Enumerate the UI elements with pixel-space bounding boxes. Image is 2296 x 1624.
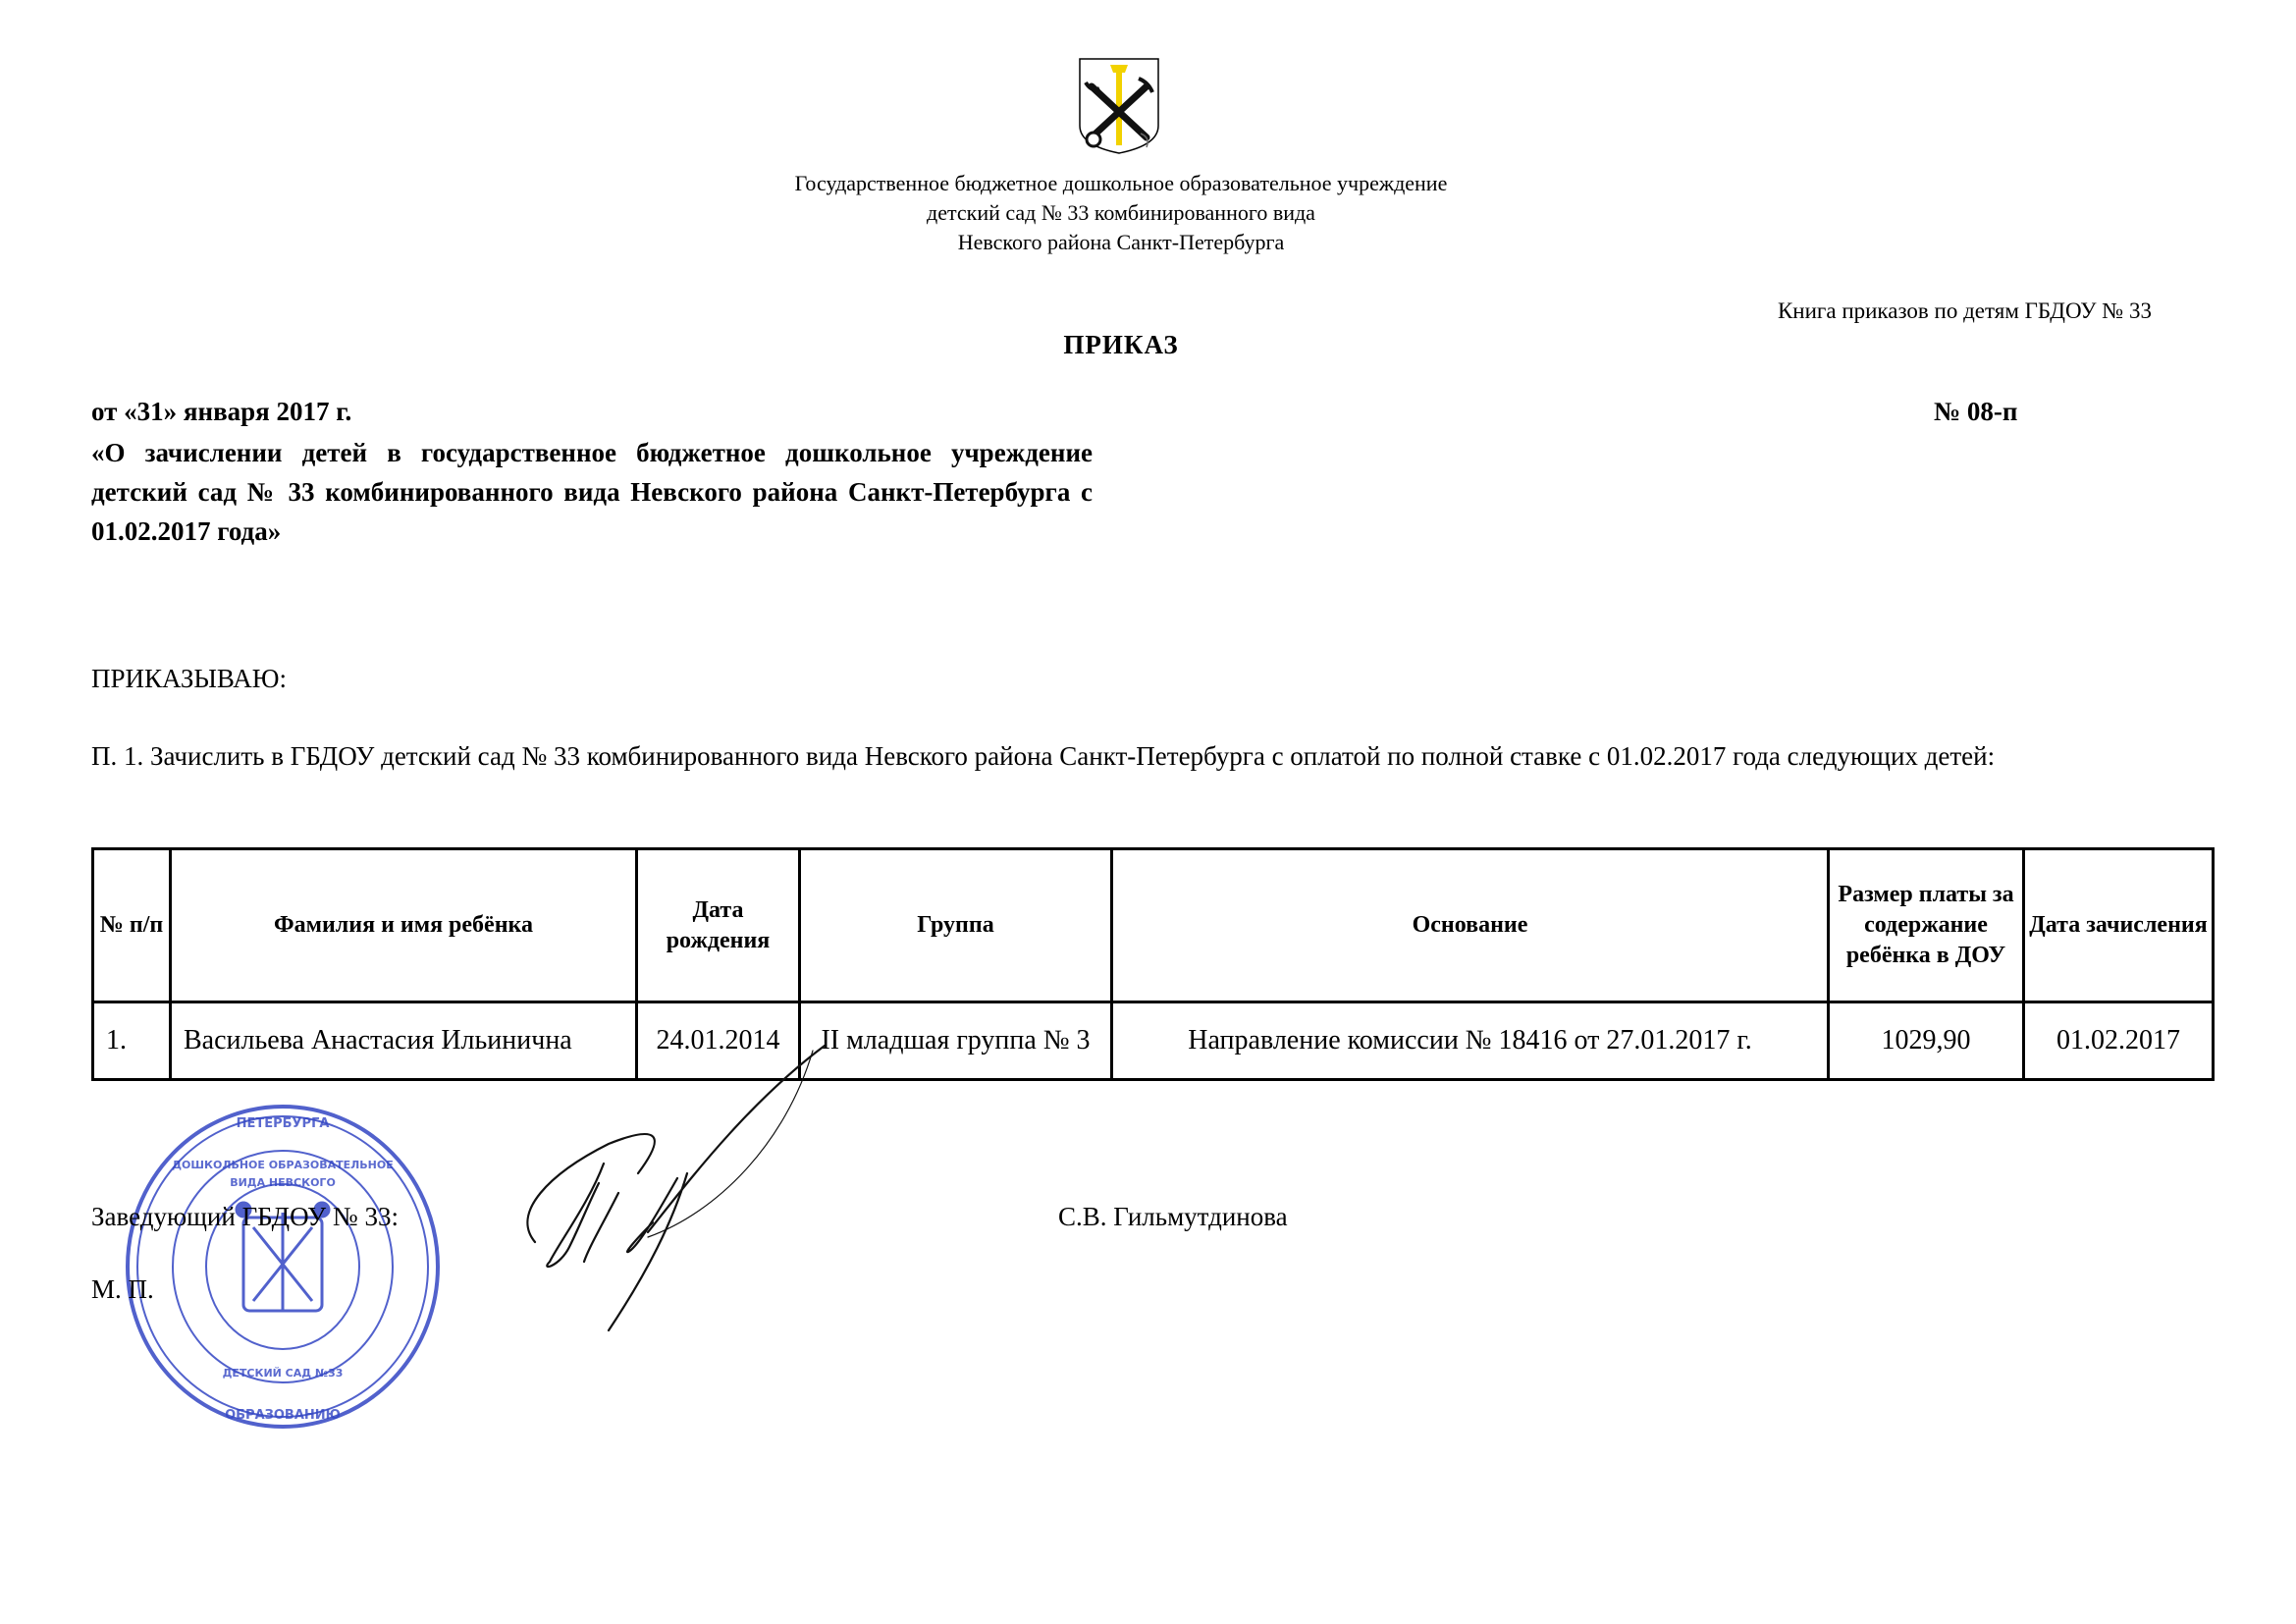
- official-seal-stamp-icon: ПЕТЕРБУРГА ОБРАЗОВАНИЮ ДОШКОЛЬНОЕ ОБРАЗО…: [116, 1100, 450, 1434]
- svg-text:ОБРАЗОВАНИЮ: ОБРАЗОВАНИЮ: [225, 1408, 341, 1423]
- saint-petersburg-coat-of-arms-icon: [1078, 57, 1160, 155]
- svg-text:ДОШКОЛЬНОЕ ОБРАЗОВАТЕЛЬНОЕ: ДОШКОЛЬНОЕ ОБРАЗОВАТЕЛЬНОЕ: [172, 1159, 393, 1171]
- org-name-line-2: детский сад № 33 комбинированного вида: [0, 198, 2242, 228]
- cell-enroll-date: 01.02.2017: [2024, 1002, 2214, 1080]
- official-seal: ПЕТЕРБУРГА ОБРАЗОВАНИЮ ДОШКОЛЬНОЕ ОБРАЗО…: [116, 1100, 450, 1434]
- order-directive: ПРИКАЗЫВАЮ:: [91, 664, 287, 694]
- svg-text:ПЕТЕРБУРГА: ПЕТЕРБУРГА: [237, 1116, 330, 1131]
- cell-fee: 1029,90: [1829, 1002, 2024, 1080]
- column-header-birth-date: Дата рождения: [637, 849, 800, 1002]
- column-header-fee: Размер платы за содержание ребёнка в ДОУ: [1829, 849, 2024, 1002]
- handwritten-signature-icon: [491, 1036, 825, 1350]
- coat-of-arms-emblem: [1078, 57, 1160, 155]
- column-header-group: Группа: [800, 849, 1112, 1002]
- column-header-enroll-date: Дата зачисления: [2024, 849, 2214, 1002]
- column-header-child-name: Фамилия и имя ребёнка: [171, 849, 637, 1002]
- signatory-name: С.В. Гильмутдинова: [1058, 1202, 1288, 1232]
- table-header-row: № п/п Фамилия и имя ребёнка Дата рождени…: [93, 849, 2214, 1002]
- director-signature: [491, 1036, 825, 1350]
- order-date: от «31» января 2017 г.: [91, 397, 351, 427]
- cell-group: II младшая группа № 3: [800, 1002, 1112, 1080]
- svg-text:ВИДА НЕВСКОГО: ВИДА НЕВСКОГО: [230, 1176, 336, 1189]
- order-book-label: Книга приказов по детям ГБДОУ № 33: [1778, 298, 2152, 324]
- enrollment-table: № п/п Фамилия и имя ребёнка Дата рождени…: [91, 847, 2215, 1081]
- signatory-position: Заведующий ГБДОУ № 33:: [91, 1202, 399, 1232]
- order-subject: «О зачислении детей в государственное бю…: [91, 433, 1093, 551]
- cell-number: 1.: [93, 1002, 171, 1080]
- table-row: 1. Васильева Анастасия Ильинична 24.01.2…: [93, 1002, 2214, 1080]
- column-header-basis: Основание: [1112, 849, 1829, 1002]
- order-paragraph-1: П. 1. Зачислить в ГБДОУ детский сад № 33…: [91, 737, 2152, 775]
- document-title: ПРИКАЗ: [0, 330, 2242, 360]
- seal-placeholder-label: М. П.: [91, 1274, 154, 1305]
- svg-text:ДЕТСКИЙ САД №33: ДЕТСКИЙ САД №33: [223, 1367, 344, 1380]
- cell-basis: Направление комиссии № 18416 от 27.01.20…: [1112, 1002, 1829, 1080]
- org-name-line-1: Государственное бюджетное дошкольное обр…: [0, 169, 2242, 198]
- org-name-line-3: Невского района Санкт-Петербурга: [0, 228, 2242, 257]
- order-number: № 08-п: [1934, 397, 2017, 427]
- column-header-number: № п/п: [93, 849, 171, 1002]
